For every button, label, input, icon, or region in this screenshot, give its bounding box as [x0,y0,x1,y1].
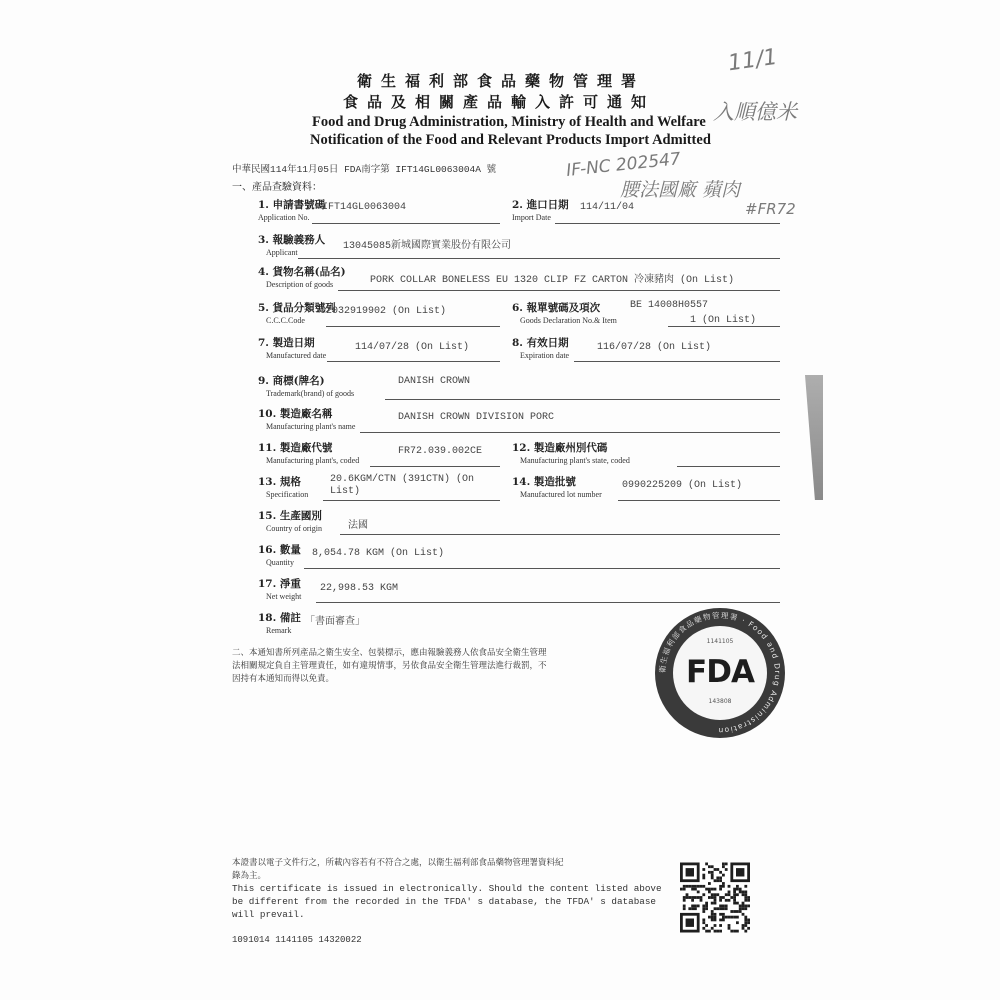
side-stamp-strip [805,375,823,500]
handwritten-importer: 入順億米 [713,96,797,126]
field-label-en: Manufactured lot number [520,490,602,499]
field-value: 8,054.78 KGM (On List) [312,548,444,559]
field-underline [370,466,500,467]
field-value: BE 14008H0557 [630,300,708,311]
field-label-en: Goods Declaration No.& Item [520,316,617,325]
section-one-heading: 一、產品查驗資料： [232,178,322,193]
field-value: 「書面審查」 [305,612,365,628]
fda-seal-icon: 衛生福利部食品藥物管理署 · Food and Drug Administrat… [655,608,785,738]
field-label-cn: 16. 數量 [258,542,301,557]
footer-note-en-3: will prevail. [232,909,305,921]
field-value-continued: List) [330,486,360,497]
field-label-cn: 11. 製造廠代號 [258,440,332,455]
field-underline [298,258,780,259]
field-underline [555,223,780,224]
field-label-cn: 15. 生產國別 [258,508,322,523]
field-underline [668,326,780,327]
field-label-cn: 10. 製造廠名稱 [258,406,332,421]
reference-line: 中華民國114年11月05日 FDA南字第 IFT14GL0063004A 號 [232,161,496,175]
field-label-cn: 8. 有效日期 [512,335,569,350]
field-label-cn: 7. 製造日期 [258,335,315,350]
field-label-en: Manufacturing plant's, coded [266,456,359,465]
field-label-cn: 14. 製造批號 [512,474,576,489]
seal-top-number: 1141105 [673,638,767,645]
field-label-en: Import Date [512,213,551,222]
field-label-en: Manufactured date [266,351,326,360]
field-label-en: Applicant [266,248,298,257]
field-underline [385,399,780,400]
footer-code-line: 1091014 1141105 14320022 [232,934,362,946]
field-label-cn: 9. 商標(牌名) [258,373,325,388]
import-notification-document: 衛生福利部食品藥物管理署 食品及相關產品輸入許可通知 Food and Drug… [0,0,1000,1000]
field-underline [316,602,780,603]
footer-note-en-1: This certificate is issued in electronic… [232,883,662,895]
agency-title-cn: 衛生福利部食品藥物管理署 [357,70,645,91]
field-label-en: Net weight [266,592,301,601]
section-two-line-2: 法相關規定負自主管理責任，如有違規情事，另依食品安全衛生管理法進行裁罰，不 [232,660,547,672]
field-label-en: Manufacturing plant's name [266,422,355,431]
field-value: 20.6KGM/CTN (391CTN) (On [330,474,474,485]
field-label-cn: 17. 淨重 [258,576,301,591]
field-value-continued: 1 (On List) [690,315,756,326]
field-underline [338,290,780,291]
field-value: 02032919902 (On List) [320,306,446,317]
field-value: 114/07/28 (On List) [355,342,469,353]
field-underline [326,326,500,327]
field-label-cn: 18. 備註 [258,610,301,625]
field-underline [574,361,780,362]
handwritten-plant: #FR72 [745,200,796,218]
field-label-cn: 3. 報驗義務人 [258,232,325,247]
field-value: 114/11/04 [580,202,634,213]
field-value: IFT14GL0063004 [322,202,406,213]
field-value: FR72.039.002CE [398,446,482,457]
field-label-en: C.C.C.Code [266,316,305,325]
field-label-en: Remark [266,626,291,635]
seal-center: 1141105 FDA 143808 [673,626,767,720]
field-value: DANISH CROWN DIVISION PORC [398,412,554,423]
field-label-cn: 1. 申請書號碼 [258,197,325,212]
handwritten-date: 11/1 [727,45,779,77]
field-value: DANISH CROWN [398,376,470,387]
field-label-cn: 6. 報單號碼及項次 [512,300,600,315]
qr-code-icon[interactable] [680,860,750,935]
field-label-cn: 4. 貨物名稱(品名) [258,264,346,279]
footer-note-cn-1: 本證書以電子文件行之，所載內容若有不符合之處，以衛生福利部食品藥物管理署資料紀 [232,857,564,869]
field-underline [327,361,500,362]
footer-note-en-2: be different from the recorded in the TF… [232,896,656,908]
section-two-line-3: 因持有本通知而得以免責。 [232,673,334,685]
field-underline [340,534,780,535]
field-label-en: Specification [266,490,308,499]
field-label-en: Manufacturing plant's state, coded [520,456,630,465]
field-value: 13045085新城國際實業股份有限公司 [343,236,511,252]
agency-title-en: Food and Drug Administration, Ministry o… [312,114,706,131]
field-label-en: Application No. [258,213,310,222]
field-value: 法國 [348,516,368,532]
field-underline [312,223,500,224]
field-underline [304,568,780,569]
seal-label: FDA [673,654,767,690]
field-underline [323,500,500,501]
field-value: 0990225209 (On List) [622,480,742,491]
section-two-line-1: 二、本通知書所列產品之衛生安全、包裝標示，應由報驗義務人依食品安全衛生管理 [232,647,547,659]
handwritten-product: 腰法國廠 蘋肉 [620,175,740,202]
field-underline [677,466,780,467]
notification-title-en: Notification of the Food and Relevant Pr… [310,132,711,149]
field-value: 116/07/28 (On List) [597,342,711,353]
notification-title-cn: 食品及相關產品輸入許可通知 [343,91,655,112]
footer-note-cn-2: 錄為主。 [232,870,266,882]
field-underline [360,432,780,433]
field-label-en: Description of goods [266,280,333,289]
field-label-en: Trademark(brand) of goods [266,389,354,398]
field-value: 22,998.53 KGM [320,583,398,594]
field-label-en: Quantity [266,558,294,567]
seal-bottom-number: 143808 [673,698,767,705]
field-label-cn: 13. 規格 [258,474,301,489]
field-label-cn: 12. 製造廠州別代碼 [512,440,607,455]
field-label-en: Expiration date [520,351,569,360]
field-label-en: Country of origin [266,524,322,533]
field-label-cn: 2. 進口日期 [512,197,569,212]
field-underline [618,500,780,501]
field-value: PORK COLLAR BONELESS EU 1320 CLIP FZ CAR… [370,270,734,286]
